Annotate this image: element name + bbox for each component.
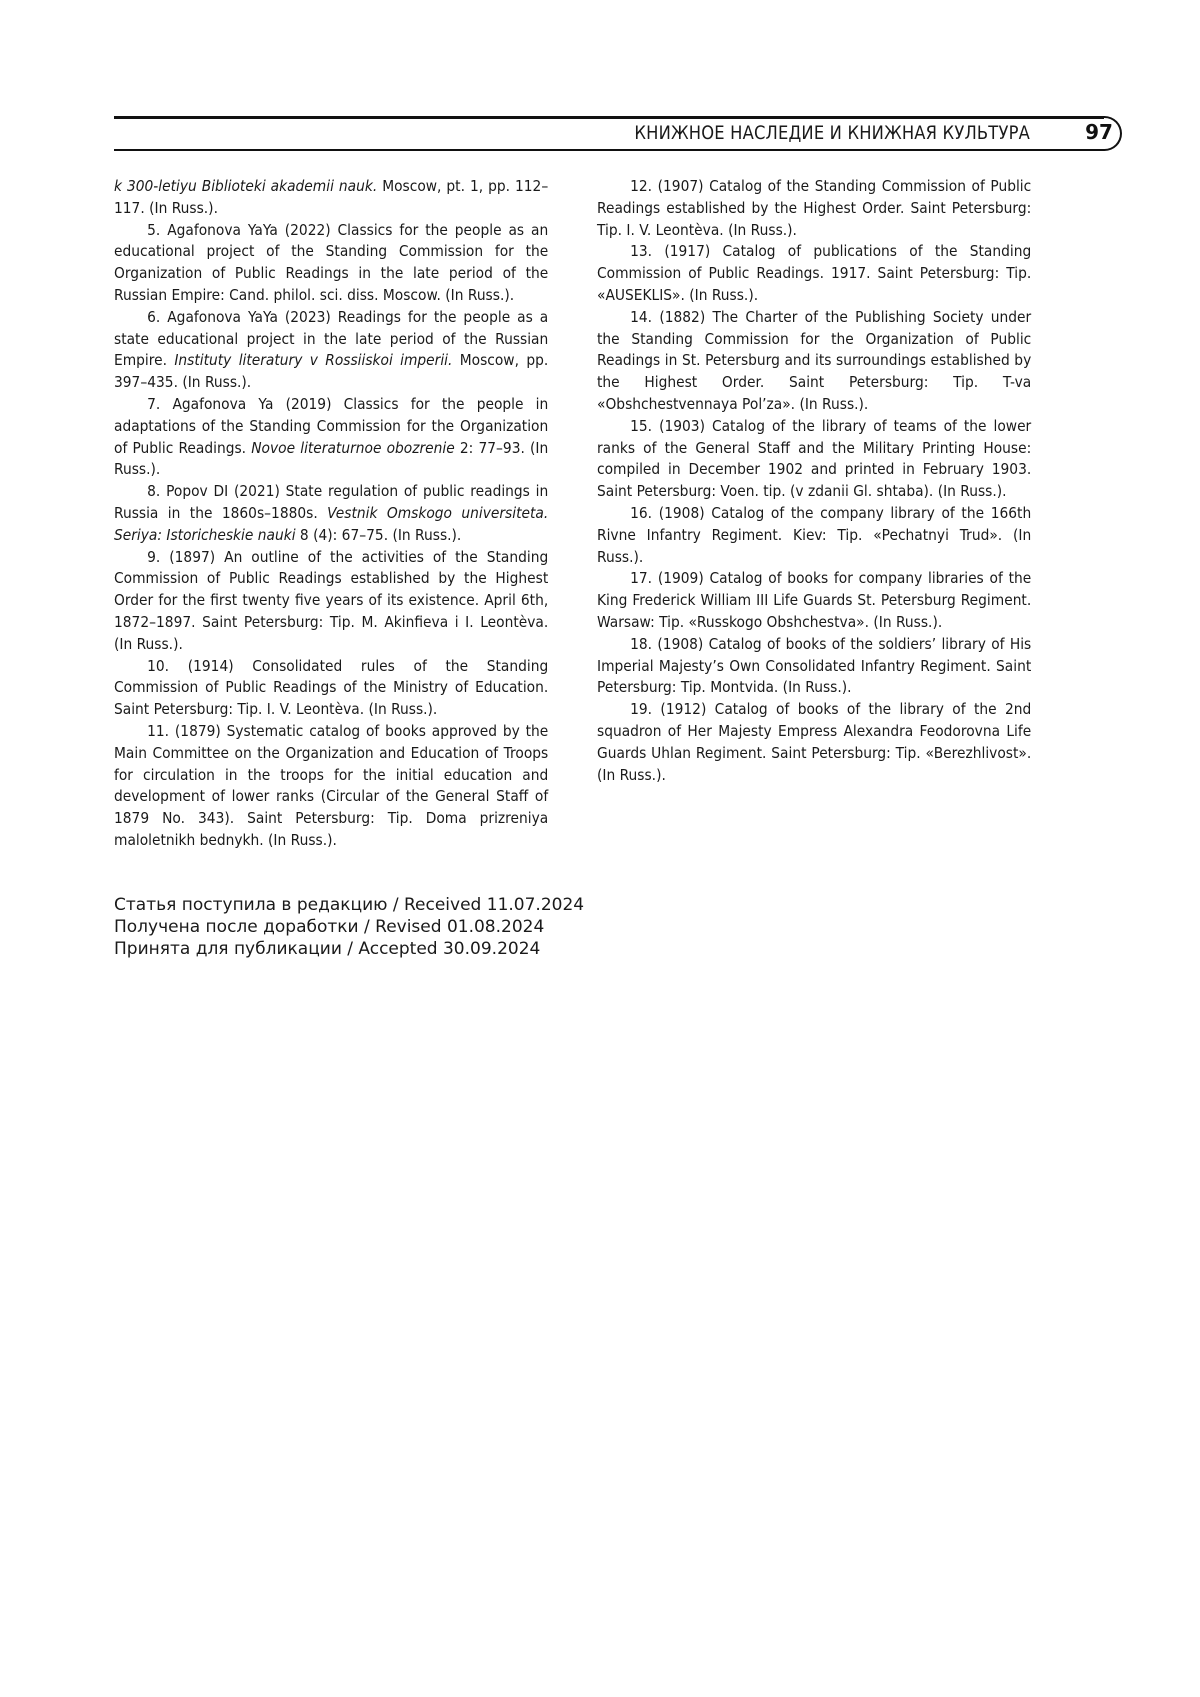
reference-item: 6. Agafonova YaYa (2023) Readings for th… [114,307,548,394]
reference-number: 17. [630,569,652,587]
reference-item: 5. Agafonova YaYa (2022) Classics for th… [114,220,548,307]
reference-italic: Instituty literatury v Rossiiskoi imperi… [174,351,452,369]
reference-number: 7. [147,395,160,413]
reference-number: 5. [147,221,160,239]
reference-text: (1914) Consolidated rules of the Standin… [114,657,548,719]
reference-number: 19. [630,700,652,718]
reference-item: 17. (1909) Catalog of books for company … [597,568,1031,633]
reference-continued: k 300-letiyu Biblioteki akademii nauk. M… [114,176,548,220]
reference-number: 16. [630,504,652,522]
reference-text: 8 (4): 67–75. (In Russ.). [296,526,462,544]
received-date: Статья поступила в редакцию / Received 1… [114,894,584,916]
reference-item: 14. (1882) The Charter of the Publishing… [597,307,1031,416]
reference-number: 13. [630,242,652,260]
reference-item: 15. (1903) Catalog of the library of tea… [597,416,1031,503]
reference-text: Agafonova YaYa (2022) Classics for the p… [114,221,548,304]
reference-item: 8. Popov DI (2021) State regulation of p… [114,481,548,546]
reference-item: 7. Agafonova Ya (2019) Classics for the … [114,394,548,481]
reference-text: (1882) The Charter of the Publishing Soc… [597,308,1031,413]
reference-number: 10. [147,657,169,675]
reference-text: (1908) Catalog of the company library of… [597,504,1031,566]
reference-number: 11. [147,722,169,740]
reference-text: (1879) Systematic catalog of books appro… [114,722,548,849]
references-column-left: k 300-letiyu Biblioteki akademii nauk. M… [114,176,548,852]
reference-text: (1908) Catalog of books of the soldiers’… [597,635,1031,697]
article-dates: Статья поступила в редакцию / Received 1… [114,894,584,960]
references-column-right: 12. (1907) Catalog of the Standing Commi… [597,176,1029,786]
reference-number: 15. [630,417,652,435]
reference-item: 9. (1897) An outline of the activities o… [114,547,548,656]
reference-item: 11. (1879) Systematic catalog of books a… [114,721,548,852]
header-bottom-rule [114,149,1104,151]
reference-number: 8. [147,482,160,500]
reference-number: 9. [147,548,160,566]
journal-section-title: КНИЖНОЕ НАСЛЕДИЕ И КНИЖНАЯ КУЛЬТУРА [634,122,1030,144]
reference-item: 10. (1914) Consolidated rules of the Sta… [114,656,548,721]
accepted-date: Принята для публикации / Accepted 30.09.… [114,938,584,960]
reference-number: 18. [630,635,652,653]
reference-number: 6. [147,308,160,326]
reference-text: (1909) Catalog of books for company libr… [597,569,1031,631]
page-number: 97 [1074,120,1124,144]
reference-item: 19. (1912) Catalog of books of the libra… [597,699,1031,786]
revised-date: Получена после доработки / Revised 01.08… [114,916,584,938]
reference-text: (1897) An outline of the activities of t… [114,548,548,653]
reference-item: 12. (1907) Catalog of the Standing Commi… [597,176,1031,241]
running-header: КНИЖНОЕ НАСЛЕДИЕ И КНИЖНАЯ КУЛЬТУРА 97 [114,116,1124,152]
reference-text: (1917) Catalog of publications of the St… [597,242,1031,304]
reference-item: 18. (1908) Catalog of books of the soldi… [597,634,1031,699]
reference-text: (1912) Catalog of books of the library o… [597,700,1031,783]
reference-item: 16. (1908) Catalog of the company librar… [597,503,1031,568]
reference-number: 14. [630,308,652,326]
header-top-rule [114,116,1104,119]
reference-text: (1907) Catalog of the Standing Commissio… [597,177,1031,239]
reference-item: 13. (1917) Catalog of publications of th… [597,241,1031,306]
reference-italic: Novoe literaturnoe obozrenie [251,439,455,457]
reference-text: (1903) Catalog of the library of teams o… [597,417,1031,500]
reference-number: 12. [630,177,652,195]
reference-italic: k 300-letiyu Biblioteki akademii nauk. [114,177,377,195]
